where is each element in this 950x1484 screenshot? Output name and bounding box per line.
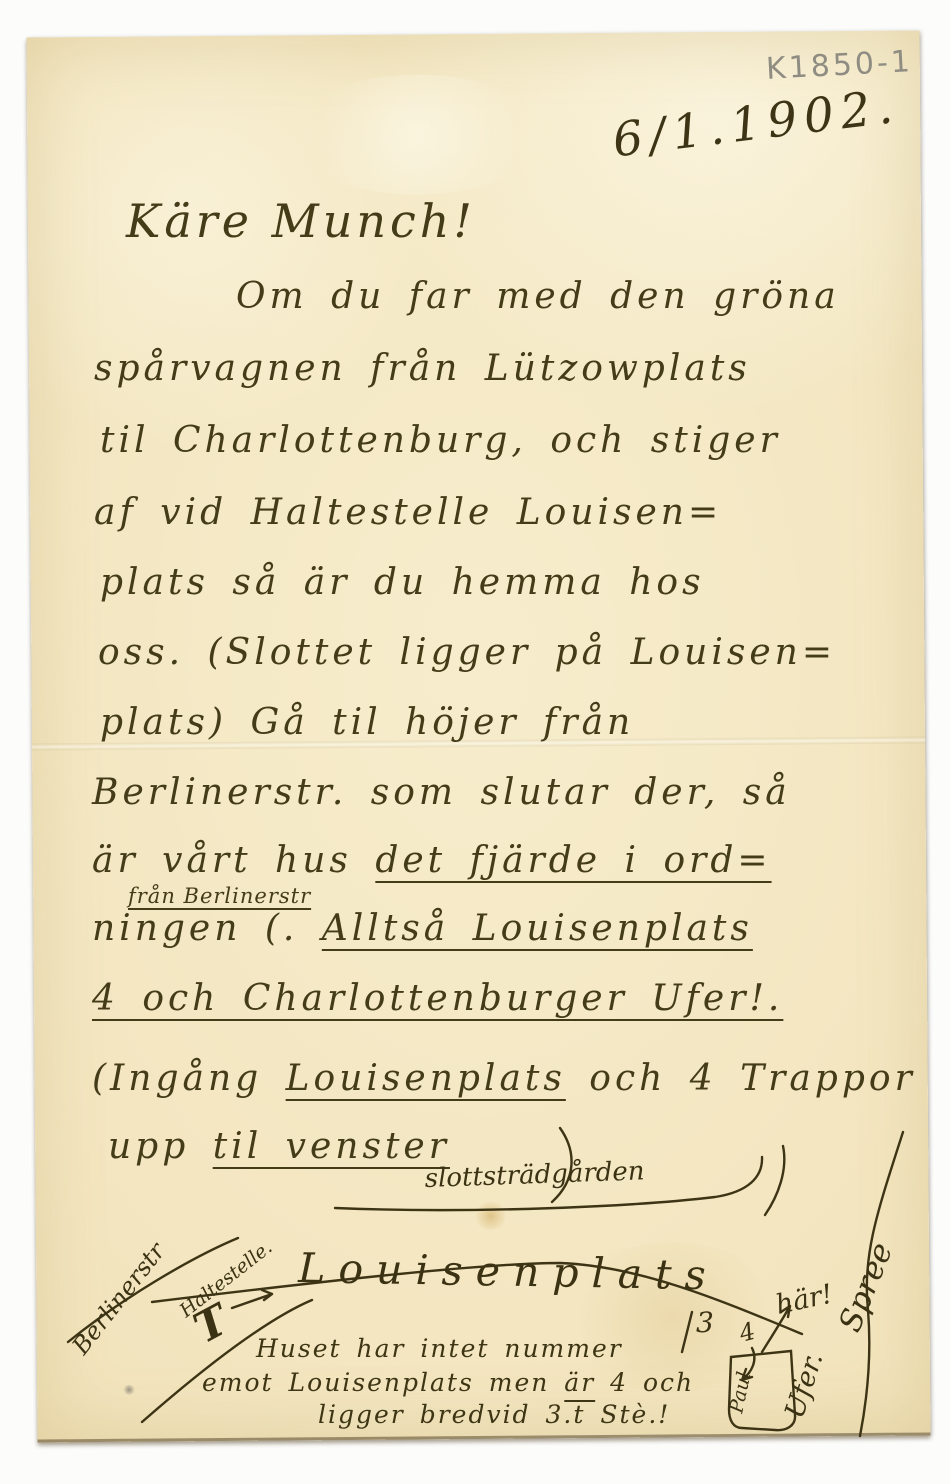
- river-label: Spree: [832, 1238, 900, 1337]
- street-line-berlinerstr: [142, 1300, 312, 1422]
- house-tick: [682, 1312, 692, 1352]
- house-number-4: 4: [735, 1317, 758, 1348]
- square-label: Louisenplats: [297, 1244, 719, 1299]
- bank-label: Ufer.: [779, 1349, 829, 1423]
- map-sketch: slottsträdgården Louisenplats Berlinerst…: [0, 0, 950, 1484]
- street-label: Berlinerstr: [66, 1236, 172, 1360]
- garden-label: slottsträdgården: [424, 1155, 645, 1194]
- bracket-stroke: [765, 1146, 784, 1215]
- house-number-3: 3: [696, 1306, 714, 1339]
- scanned-letter-page: K1850-1 6/1.1902. Käre Munch! Om du far …: [0, 0, 950, 1484]
- here-label: här!: [773, 1279, 835, 1321]
